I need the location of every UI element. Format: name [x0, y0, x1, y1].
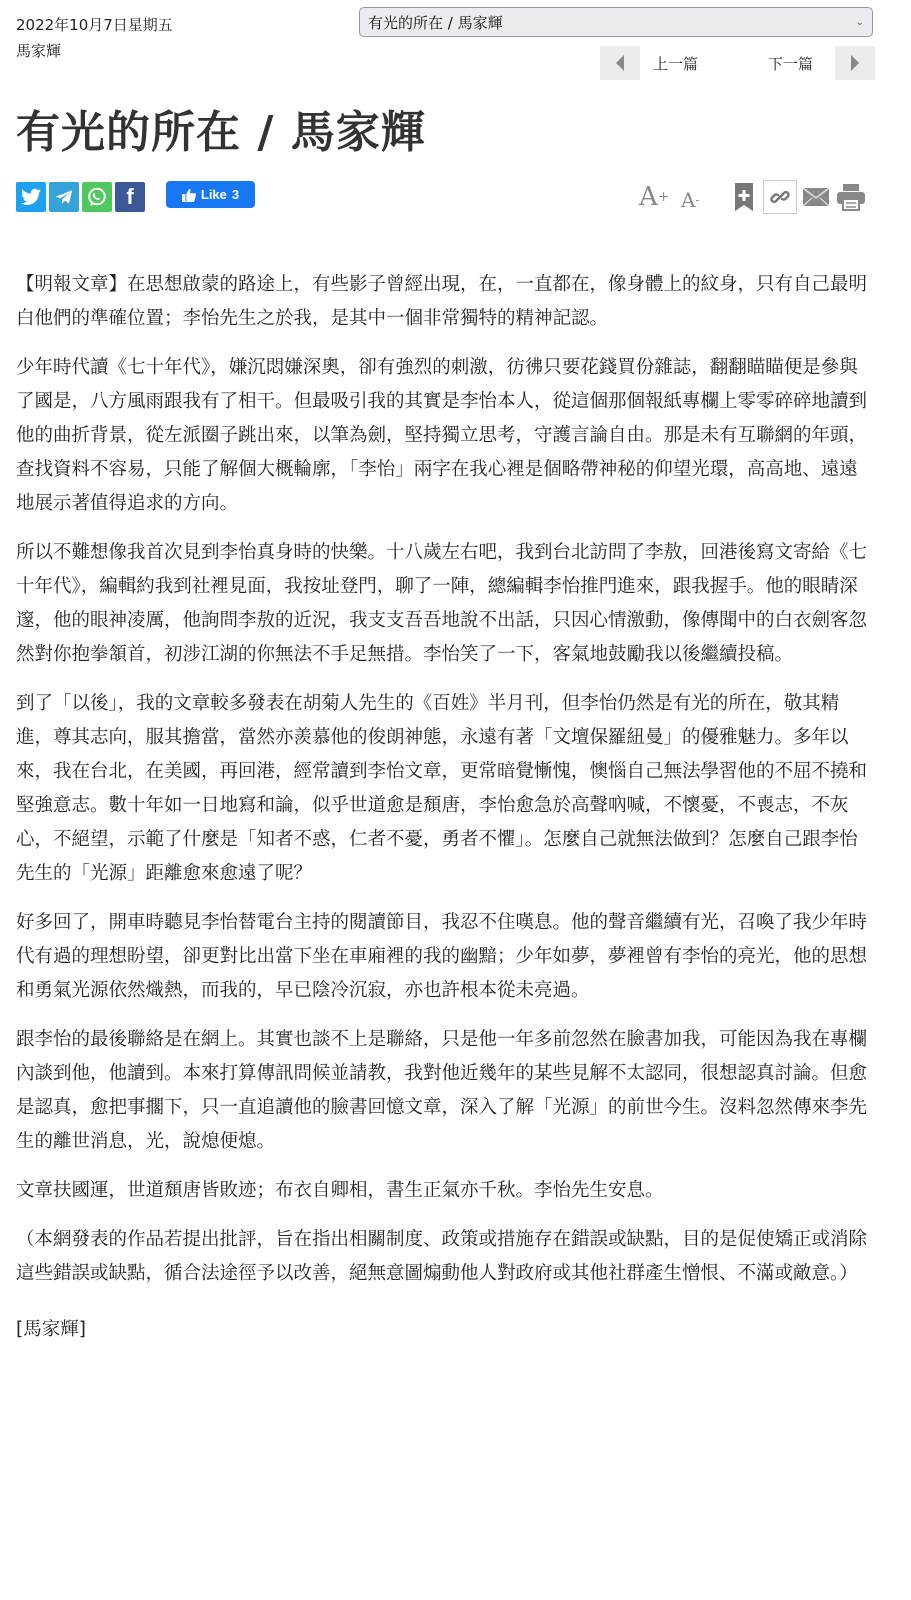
- paragraph: 少年時代讀《七十年代》，嫌沉悶嫌深奧，卻有強烈的刺激，彷彿只要花錢買份雜誌，翻翻…: [16, 351, 874, 521]
- author-name[interactable]: 馬家輝: [16, 40, 61, 61]
- facebook-like-button[interactable]: Like 3: [166, 181, 255, 208]
- chevron-down-icon: ⌄: [856, 17, 864, 28]
- disclaimer: （本網發表的作品若提出批評，旨在指出相關制度、政策或措施存在錯誤或缺點，目的是促…: [16, 1223, 874, 1291]
- font-decrease-button[interactable]: A-: [681, 183, 700, 217]
- whatsapp-share-button[interactable]: [82, 182, 112, 212]
- copy-link-button[interactable]: [763, 180, 797, 214]
- print-icon: [836, 182, 866, 212]
- paragraph: 跟李怡的最後聯絡是在網上。其實也談不上是聯絡，只是他一年多前忽然在臉書加我，可能…: [16, 1023, 874, 1159]
- bookmark-button[interactable]: [734, 180, 754, 214]
- article-body: 【明報文章】在思想啟蒙的路途上，有些影子曾經出現，在，一直都在，像身體上的紋身，…: [16, 268, 874, 1362]
- telegram-share-button[interactable]: [49, 182, 79, 212]
- twitter-share-button[interactable]: [16, 182, 46, 212]
- paragraph: 文章扶國運，世道頹唐皆敗迹；布衣自卿相，書生正氣亦千秋。李怡先生安息。: [16, 1174, 874, 1208]
- arrow-right-icon: [835, 46, 875, 80]
- twitter-icon: [21, 188, 41, 206]
- next-article-button[interactable]: 下一篇: [768, 46, 875, 80]
- next-article-label: 下一篇: [768, 53, 813, 74]
- minus-sign: -: [695, 193, 699, 207]
- mail-icon: [803, 188, 829, 206]
- plus-sign: +: [658, 189, 670, 205]
- paragraph: 所以不難想像我首次見到李怡真身時的快樂。十八歲左右吧，我到台北訪問了李敖，回港後…: [16, 536, 874, 672]
- article-date: 2022年10月7日星期五: [16, 14, 173, 35]
- print-button[interactable]: [836, 180, 866, 214]
- paragraph: 好多回了，開車時聽見李怡替電台主持的閱讀節目，我忍不住嘆息。他的聲音繼續有光，召…: [16, 906, 874, 1008]
- paragraph: 【明報文章】在思想啟蒙的路途上，有些影子曾經出現，在，一直都在，像身體上的紋身，…: [16, 268, 874, 336]
- author-signature: [馬家輝]: [16, 1313, 874, 1347]
- arrow-left-icon: [600, 46, 640, 80]
- thumbs-up-icon: [182, 188, 196, 202]
- page-title: 有光的所在 / 馬家輝: [16, 96, 426, 160]
- whatsapp-icon: [86, 186, 108, 208]
- link-icon: [769, 186, 791, 208]
- like-label: Like: [201, 187, 227, 202]
- font-decrease-letter: A: [681, 188, 695, 212]
- prev-article-label: 上一篇: [653, 53, 698, 74]
- paragraph: 到了「以後」，我的文章較多發表在胡菊人先生的《百姓》半月刊，但李怡仍然是有光的所…: [16, 687, 874, 891]
- facebook-icon: f: [126, 184, 133, 210]
- prev-article-button[interactable]: 上一篇: [600, 46, 698, 80]
- font-increase-button[interactable]: A+: [639, 180, 670, 214]
- article-select-value: 有光的所在 / 馬家輝: [368, 12, 856, 33]
- bookmark-add-icon: [734, 182, 754, 212]
- font-increase-letter: A: [639, 182, 658, 212]
- like-count: 3: [232, 187, 239, 202]
- facebook-share-button[interactable]: f: [115, 182, 145, 212]
- telegram-icon: [55, 189, 73, 205]
- email-button[interactable]: [803, 180, 829, 214]
- share-bar: f: [16, 182, 145, 212]
- article-select-dropdown[interactable]: 有光的所在 / 馬家輝 ⌄: [359, 7, 873, 37]
